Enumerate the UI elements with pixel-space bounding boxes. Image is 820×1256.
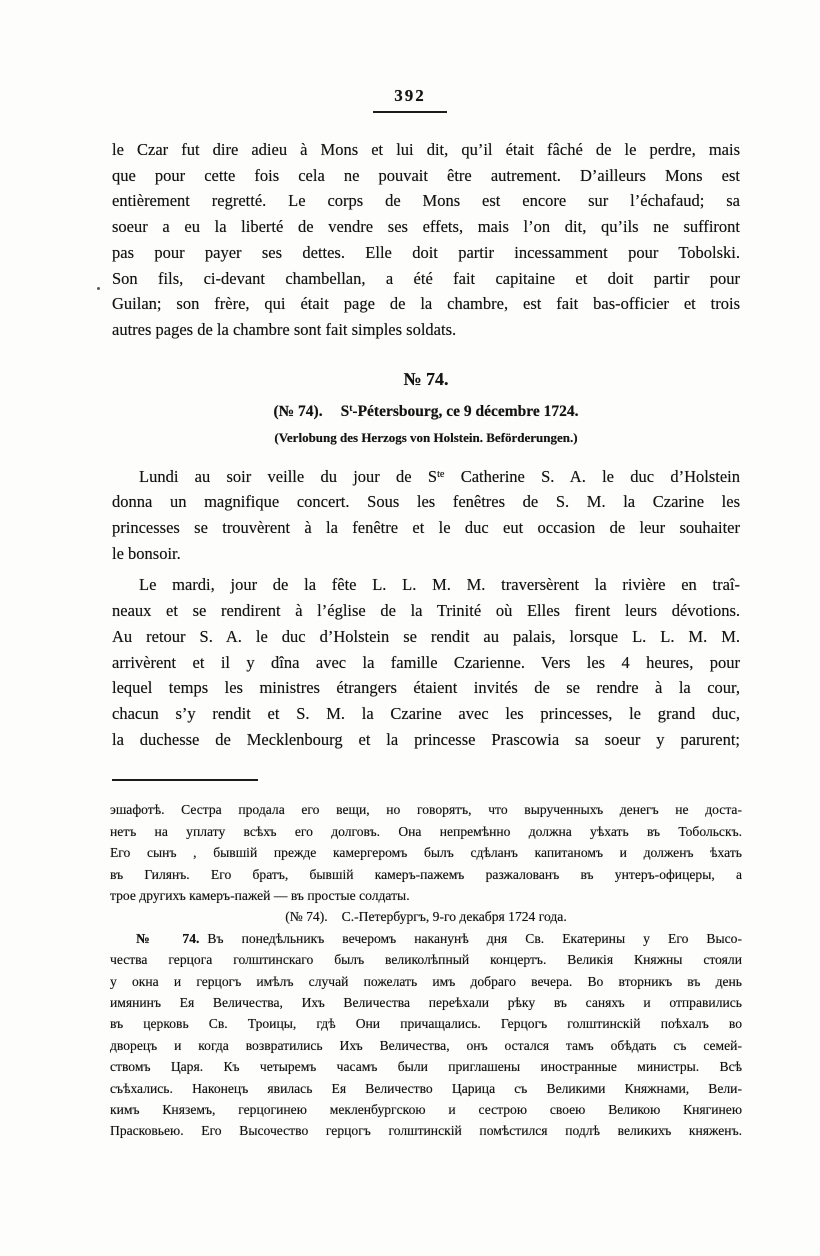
text-line: № 74.Въ понедѣльникъ вечеромъ наканунѣ д…: [110, 928, 742, 949]
text-line: que pour cette fois cela ne pouvait être…: [112, 163, 740, 189]
footnote-dateline-number: (№ 74).: [285, 909, 327, 924]
text-line: Его сынъ , бывшій прежде камергеромъ был…: [110, 842, 742, 863]
text-line: pas pour payer ses dettes. Elle doit par…: [112, 240, 740, 266]
french-paragraph-2: Le mardi, jour de la fête L. L. M. M. tr…: [112, 572, 740, 752]
text-line: Son fils, ci-devant chambellan, a été fa…: [112, 266, 740, 292]
text-line: трое другихъ камеръ-пажей — въ простые с…: [110, 885, 742, 906]
line-text: Catherine S. A. le duc d’Holstein: [444, 467, 740, 486]
text-line: Le mardi, jour de la fête L. L. M. M. tr…: [112, 572, 740, 598]
text-line: soeur a eu la liberté de vendre ses effe…: [112, 214, 740, 240]
text-line: neaux et se rendirent à l’église de la T…: [112, 598, 740, 624]
text-line: Прасковьею. Его Высочество герцогъ голшт…: [110, 1120, 742, 1141]
text-line: дворецъ и когда возвратились Ихъ Величес…: [110, 1035, 742, 1056]
french-paragraph-continuation: le Czar fut dire adieu à Mons et lui dit…: [112, 137, 740, 343]
text-line: arrivèrent et il y dîna avec la famille …: [112, 650, 740, 676]
text-line: Au retour S. A. le duc d’Holstein se ren…: [112, 624, 740, 650]
text-line: кимъ Княземъ, герцогинею мекленбургскою …: [110, 1099, 742, 1120]
text-line: autres pages de la chambre sont fait sim…: [112, 317, 740, 343]
footnote-column: эшафотѣ. Сестра продала его вещи, но гов…: [110, 799, 742, 1142]
line-text: Lundi au soir veille du jour de S: [139, 467, 437, 486]
entry-subtitle-number: (№ 74).: [273, 403, 322, 420]
footnote-dateline-text: С.-Петербургъ, 9-го декабря 1724 года.: [342, 909, 567, 924]
page-number-rule: [373, 111, 447, 113]
text-line: lequel temps les ministres étrangers éta…: [112, 675, 740, 701]
text-line: нетъ на уплату всѣхъ его долговъ. Она не…: [110, 821, 742, 842]
footnote-entry-number: № 74.: [136, 931, 199, 946]
text-line: въ Гилянъ. Его братъ, бывшій камеръ-паже…: [110, 864, 742, 885]
line-text: Въ понедѣльникъ вечеромъ наканунѣ дня Св…: [207, 931, 742, 946]
russian-footnote-continuation: эшафотѣ. Сестра продала его вещи, но гов…: [110, 799, 742, 906]
text-line: ствомъ Царя. Къ четыремъ часамъ были при…: [110, 1056, 742, 1077]
russian-footnote-paragraph: № 74.Въ понедѣльникъ вечеромъ наканунѣ д…: [110, 928, 742, 1142]
text-line: имянинъ Ея Величества, Ихъ Величества пе…: [110, 992, 742, 1013]
footnote-separator: [112, 779, 258, 781]
text-line: эшафотѣ. Сестра продала его вещи, но гов…: [110, 799, 742, 820]
text-line: Guilan; son frère, qui était page de la …: [112, 291, 740, 317]
footnote-dateline: (№ 74).С.-Петербургъ, 9-го декабря 1724 …: [110, 906, 742, 927]
entry-subtitle-place: S: [341, 403, 350, 420]
page-header: 392: [0, 0, 820, 113]
text-line: donna un magnifique concert. Sous les fe…: [112, 489, 740, 515]
text-line: въ церковь Св. Троицы, гдѣ Они причащали…: [110, 1013, 742, 1034]
text-line: le Czar fut dire adieu à Mons et lui dit…: [112, 137, 740, 163]
text-line: le bonsoir.: [112, 541, 740, 567]
main-text-column: le Czar fut dire adieu à Mons et lui dit…: [112, 137, 740, 752]
book-page: 392 le Czar fut dire adieu à Mons et lui…: [0, 0, 820, 1256]
text-line: Lundi au soir veille du jour de Ste Cath…: [112, 462, 740, 490]
scan-speck: [97, 287, 100, 290]
entry-note-german: (Verlobung des Herzogs von Holstein. Bef…: [112, 430, 740, 446]
entry-heading: № 74.: [112, 367, 740, 391]
text-line: съѣхались. Наконецъ явилась Ея Величеств…: [110, 1078, 742, 1099]
text-line: у окна и герцогъ имѣлъ случай пожелать и…: [110, 971, 742, 992]
text-line: la duchesse de Mecklenbourg et la prince…: [112, 727, 740, 753]
text-line: chacun s’y rendit et S. M. la Czarine av…: [112, 701, 740, 727]
entry-subtitle-date: -Pétersbourg, ce 9 décembre 1724.: [352, 403, 578, 420]
text-line: princesses se trouvèrent à la fenêtre et…: [112, 515, 740, 541]
text-line: чества герцога голштинскаго былъ великол…: [110, 949, 742, 970]
french-paragraph-1: Lundi au soir veille du jour de Ste Cath…: [112, 462, 740, 567]
page-number: 392: [0, 86, 820, 106]
entry-subtitle: (№ 74).St-Pétersbourg, ce 9 décembre 172…: [112, 399, 740, 422]
text-line: entièrement regretté. Le corps de Mons e…: [112, 188, 740, 214]
